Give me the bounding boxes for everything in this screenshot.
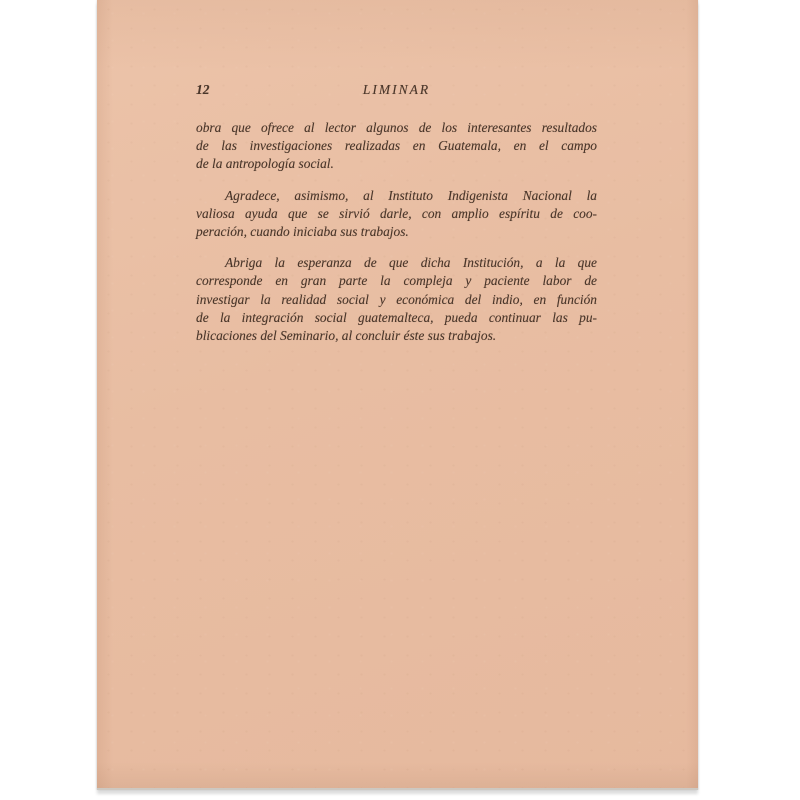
- scan-background: 12 LIMINAR obra que ofrece al lector alg…: [0, 0, 800, 800]
- text-line: corresponde en gran parte la compleja y …: [196, 272, 597, 290]
- running-head-title: LIMINAR: [196, 82, 597, 98]
- text-line: Agradece, asimismo, al Instituto Indigen…: [196, 187, 597, 205]
- running-header: 12 LIMINAR: [196, 82, 597, 98]
- book-page: 12 LIMINAR obra que ofrece al lector alg…: [97, 0, 698, 790]
- text-line: Abriga la esperanza de que dicha Institu…: [196, 254, 597, 272]
- text-line: peración, cuando iniciaba sus trabajos.: [196, 223, 597, 241]
- text-line: valiosa ayuda que se sirvió darle, con a…: [196, 205, 597, 223]
- text-line: de la integración social guatemalteca, p…: [196, 309, 597, 327]
- text-line: obra que ofrece al lector algunos de los…: [196, 119, 597, 137]
- paragraph: Agradece, asimismo, al Instituto Indigen…: [196, 187, 597, 242]
- text-line: investigar la realidad social y económic…: [196, 291, 597, 309]
- page-body-text: obra que ofrece al lector algunos de los…: [196, 119, 597, 358]
- text-line: de la antropología social.: [196, 155, 597, 173]
- text-line: blicaciones del Seminario, al concluir é…: [196, 327, 597, 345]
- paragraph: obra que ofrece al lector algunos de los…: [196, 119, 597, 174]
- text-line: de las investigaciones realizadas en Gua…: [196, 137, 597, 155]
- paragraph: Abriga la esperanza de que dicha Institu…: [196, 254, 597, 345]
